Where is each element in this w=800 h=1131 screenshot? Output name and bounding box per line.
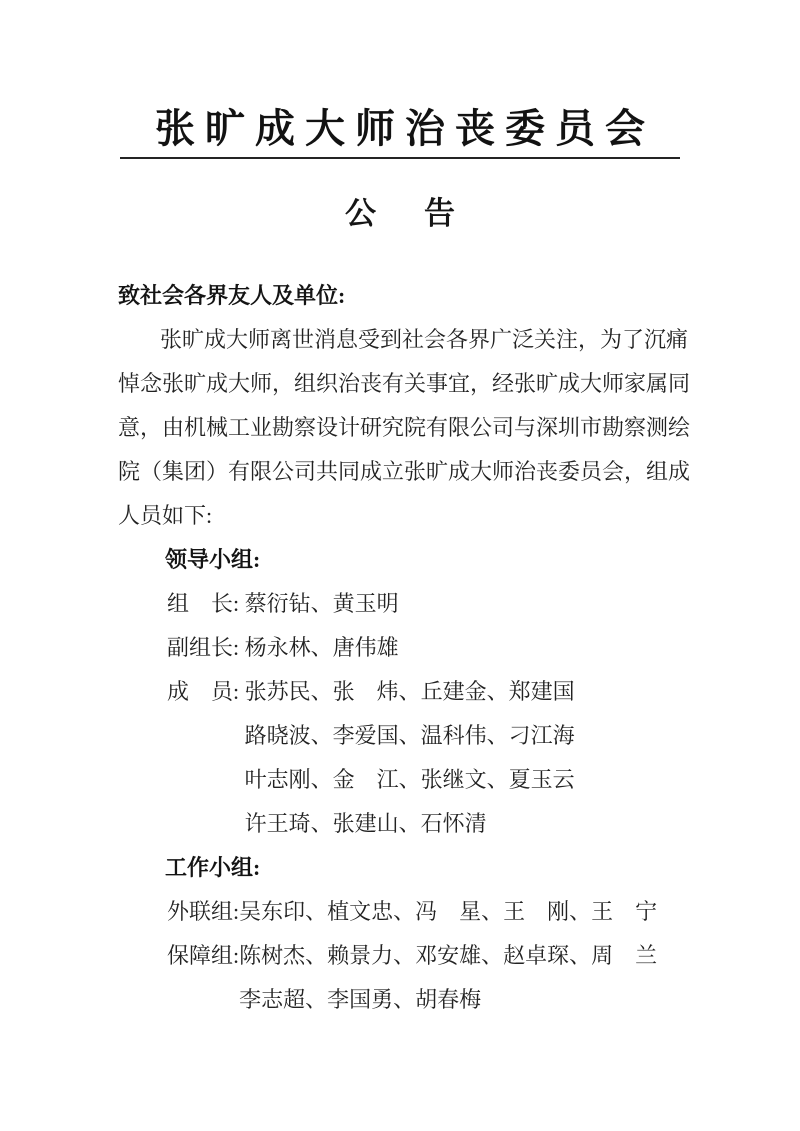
salutation: 致社会各界友人及单位: [118, 274, 684, 318]
announcement-page: 张旷成大师治丧委员会 公告 致社会各界友人及单位: 张旷成大师离世消息受到社会各… [0, 0, 800, 1131]
name-line: 蔡衍钻、黄玉明 [245, 582, 684, 626]
name-line: 陈树杰、赖景力、邓安雄、赵卓琛、周 兰 [239, 934, 684, 978]
deputy-leader-row: 副组长: 杨永林、唐伟雄 [118, 626, 684, 670]
body-line: 院（集团）有限公司共同成立张旷成大师治丧委员会，组成 [118, 450, 684, 494]
name-line: 路晓波、李爱国、温科伟、刁江海 [245, 714, 684, 758]
name-line: 吴东印、植文忠、冯 星、王 刚、王 宁 [239, 890, 684, 934]
name-list: 张苏民、张 炜、丘建金、郑建国 路晓波、李爱国、温科伟、刁江海 叶志刚、金 江、… [245, 670, 684, 846]
committee-title: 张旷成大师治丧委员会 [0, 97, 800, 154]
name-line: 许王琦、张建山、石怀清 [245, 802, 684, 846]
leader-row: 组 长: 蔡衍钻、黄玉明 [118, 582, 684, 626]
name-list: 杨永林、唐伟雄 [245, 626, 684, 670]
notice-title: 公告 [0, 188, 800, 233]
body-line: 张旷成大师离世消息受到社会各界广泛关注，为了沉痛 [118, 318, 684, 362]
members-row: 成 员: 张苏民、张 炜、丘建金、郑建国 路晓波、李爱国、温科伟、刁江海 叶志刚… [118, 670, 684, 846]
body-line: 人员如下: [118, 494, 684, 538]
support-row: 保障组: 陈树杰、赖景力、邓安雄、赵卓琛、周 兰 李志超、李国勇、胡春梅 [118, 934, 684, 1022]
row-label: 保障组: [167, 934, 239, 978]
name-line: 叶志刚、金 江、张继文、夏玉云 [245, 758, 684, 802]
row-label: 成 员: [167, 670, 245, 714]
name-list: 吴东印、植文忠、冯 星、王 刚、王 宁 [239, 890, 684, 934]
row-label: 外联组: [167, 890, 239, 934]
liaison-row: 外联组: 吴东印、植文忠、冯 星、王 刚、王 宁 [118, 890, 684, 934]
body-line: 意，由机械工业勘察设计研究院有限公司与深圳市勘察测绘 [118, 406, 684, 450]
name-line: 李志超、李国勇、胡春梅 [239, 978, 684, 1022]
row-label: 组 长: [167, 582, 245, 626]
row-label: 副组长: [167, 626, 245, 670]
body-line: 悼念张旷成大师，组织治丧有关事宜，经张旷成大师家属同 [118, 362, 684, 406]
name-list: 陈树杰、赖景力、邓安雄、赵卓琛、周 兰 李志超、李国勇、胡春梅 [239, 934, 684, 1022]
leadership-group-heading: 领导小组: [118, 538, 684, 582]
name-list: 蔡衍钻、黄玉明 [245, 582, 684, 626]
name-line: 杨永林、唐伟雄 [245, 626, 684, 670]
work-group-heading: 工作小组: [118, 846, 684, 890]
title-underline [120, 157, 680, 159]
document-body: 致社会各界友人及单位: 张旷成大师离世消息受到社会各界广泛关注，为了沉痛 悼念张… [118, 274, 684, 1022]
name-line: 张苏民、张 炜、丘建金、郑建国 [245, 670, 684, 714]
